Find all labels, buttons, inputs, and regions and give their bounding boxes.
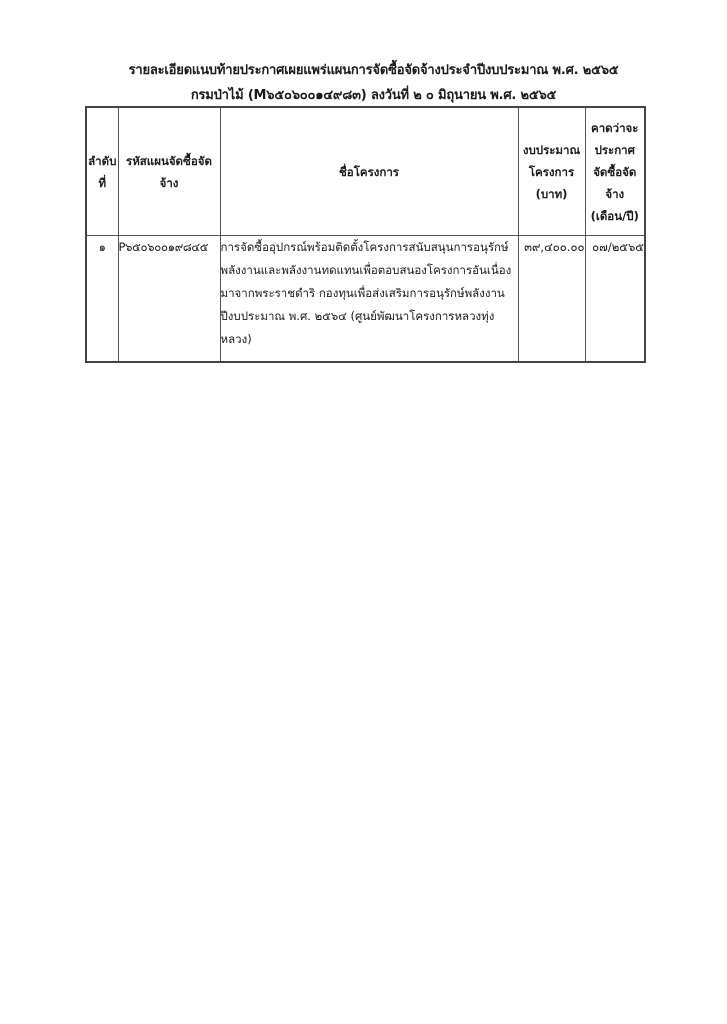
- table-row: ๑ P๖๕๐๖๐๐๑๙๘๔๕ การจัดซื้ออุปกรณ์พร้อมติด…: [86, 236, 645, 363]
- table-header-row: ลำดับ ที่ รหัสแผนจัดซื้อจัด จ้าง ชื่อโคร…: [86, 107, 645, 236]
- cell-order-no: ๑: [86, 236, 118, 363]
- cell-plan-code: P๖๕๐๖๐๐๑๙๘๔๕: [118, 236, 220, 363]
- header-budget: งบประมาณ โครงการ (บาท): [518, 107, 585, 236]
- document-title: รายละเอียดแนบท้ายประกาศเผยแพร่แผนการจัดซ…: [10, 59, 727, 80]
- procurement-plan-table: ลำดับ ที่ รหัสแผนจัดซื้อจัด จ้าง ชื่อโคร…: [85, 106, 646, 363]
- cell-project-name: การจัดซื้ออุปกรณ์พร้อมติดตั้งโครงการสนับ…: [220, 236, 518, 363]
- cell-budget: ๓๙,๔๐๐.๐๐: [518, 236, 585, 363]
- cell-expected-date: ๐๗/๒๕๖๕: [585, 236, 645, 363]
- document-subtitle: กรมป่าไม้ (M๖๕๐๖๐๐๑๔๙๘๓) ลงวันที่ ๒ ๐ มิ…: [10, 84, 727, 105]
- header-project-name: ชื่อโครงการ: [220, 107, 518, 236]
- header-expected-date: คาดว่าจะ ประกาศ จัดซื้อจัด จ้าง (เดือน/ป…: [585, 107, 645, 236]
- header-plan-code: รหัสแผนจัดซื้อจัด จ้าง: [118, 107, 220, 236]
- header-order-no: ลำดับ ที่: [86, 107, 118, 236]
